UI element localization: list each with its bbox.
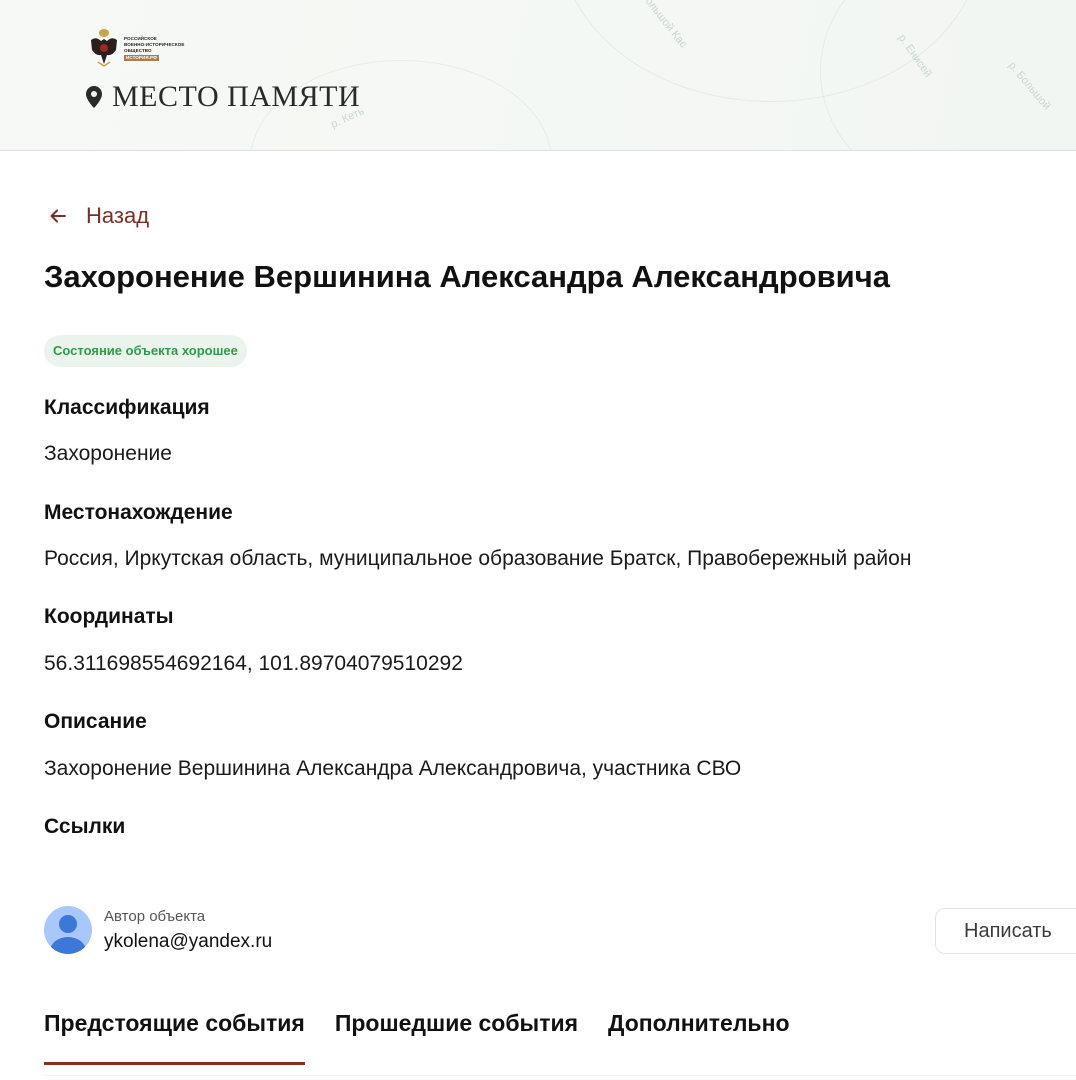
author-email[interactable]: ykolena@yandex.ru [104,931,272,953]
page-title: Захоронение Вершинина Александра Алексан… [44,259,890,295]
tab-past-events[interactable]: Прошедшие события [335,1010,578,1065]
org-name: РОССИЙСКОЕ ВОЕННО-ИСТОРИЧЕСКОЕ ОБЩЕСТВО … [124,36,184,61]
coordinates-value: 56.311698554692164, 101.89704079510292 [44,652,463,676]
user-icon [59,915,77,933]
brand[interactable]: МЕСТО ПАМЯТИ [86,80,360,114]
tab-additional[interactable]: Дополнительно [608,1010,789,1065]
classification-value: Захоронение [44,442,172,466]
description-label: Описание [44,710,147,734]
tabs-divider [44,1075,1076,1076]
classification-label: Классификация [44,396,210,420]
rvio-logo[interactable]: РОССИЙСКОЕ ВОЕННО-ИСТОРИЧЕСКОЕ ОБЩЕСТВО … [88,28,184,68]
author-block: Автор объекта ykolena@yandex.ru [44,906,272,954]
double-headed-eagle-icon [88,28,120,68]
arrow-left-icon [50,209,66,223]
status-badge: Состояние объекта хорошее [44,335,247,367]
map-river-line [820,0,1076,151]
org-badge: ИСТОРИЯ.РФ [124,55,159,61]
map-pin-icon [86,86,102,108]
back-link[interactable]: Назад [50,203,149,229]
author-caption: Автор объекта [104,908,272,925]
back-label: Назад [86,203,149,229]
tabs: Предстоящие события Прошедшие события До… [44,1010,820,1065]
location-label: Местонахождение [44,501,233,525]
site-header: р. Кеть Большой Кас р. Енисей р. Большой… [0,0,1076,151]
location-value: Россия, Иркутская область, муниципальное… [44,547,911,571]
brand-title: МЕСТО ПАМЯТИ [112,80,360,114]
description-value: Захоронение Вершинина Александра Алексан… [44,757,741,781]
coordinates-label: Координаты [44,605,174,629]
write-button[interactable]: Написать [935,908,1076,954]
avatar [44,906,92,954]
tab-upcoming-events[interactable]: Предстоящие события [44,1010,305,1065]
links-label: Ссылки [44,815,125,839]
author-info: Автор объекта ykolena@yandex.ru [104,908,272,953]
